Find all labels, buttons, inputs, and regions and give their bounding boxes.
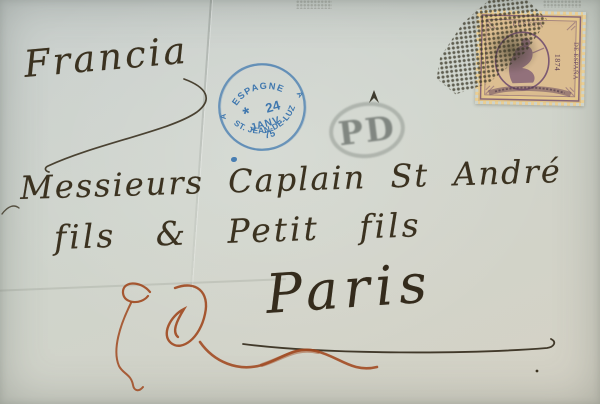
datestamp-left-ornament: A bbox=[219, 113, 228, 119]
address-city-handwriting: Paris bbox=[264, 256, 434, 322]
horizontal-crease-line bbox=[0, 278, 286, 291]
francia-underline-flourish bbox=[45, 79, 206, 172]
ink-smudge bbox=[543, 0, 581, 8]
datestamp-day: 24 bbox=[264, 97, 283, 116]
address-lead-stroke bbox=[2, 206, 19, 214]
address-line1-handwriting: Messieurs Caplain St André bbox=[19, 155, 562, 204]
cancel-ink-blob bbox=[485, 26, 539, 74]
entry-datestamp: ESPAGNE ST. JEAN-DE-LUZ * 24 JANV. 75 A … bbox=[203, 48, 322, 167]
stamp-year-text: 1874 bbox=[553, 54, 562, 72]
datestamp-star: * bbox=[241, 103, 253, 124]
datestamp-ring-double-strike bbox=[211, 55, 317, 161]
pd-paid-marking: PD bbox=[326, 98, 408, 163]
paris-underline-flourish bbox=[243, 339, 554, 352]
stamp-side-band-text: DE ESPAÑA bbox=[572, 42, 581, 80]
ink-smudge bbox=[296, 0, 332, 9]
postal-cover: Francia Messieurs Caplain St André fils … bbox=[0, 0, 600, 404]
destination-country-handwriting: Francia bbox=[22, 32, 189, 83]
ink-dot bbox=[536, 370, 539, 373]
address-line2-handwriting: fils & Petit fils bbox=[53, 208, 422, 254]
datestamp-outer-ring bbox=[209, 54, 315, 160]
pd-letters: PD bbox=[336, 107, 398, 153]
